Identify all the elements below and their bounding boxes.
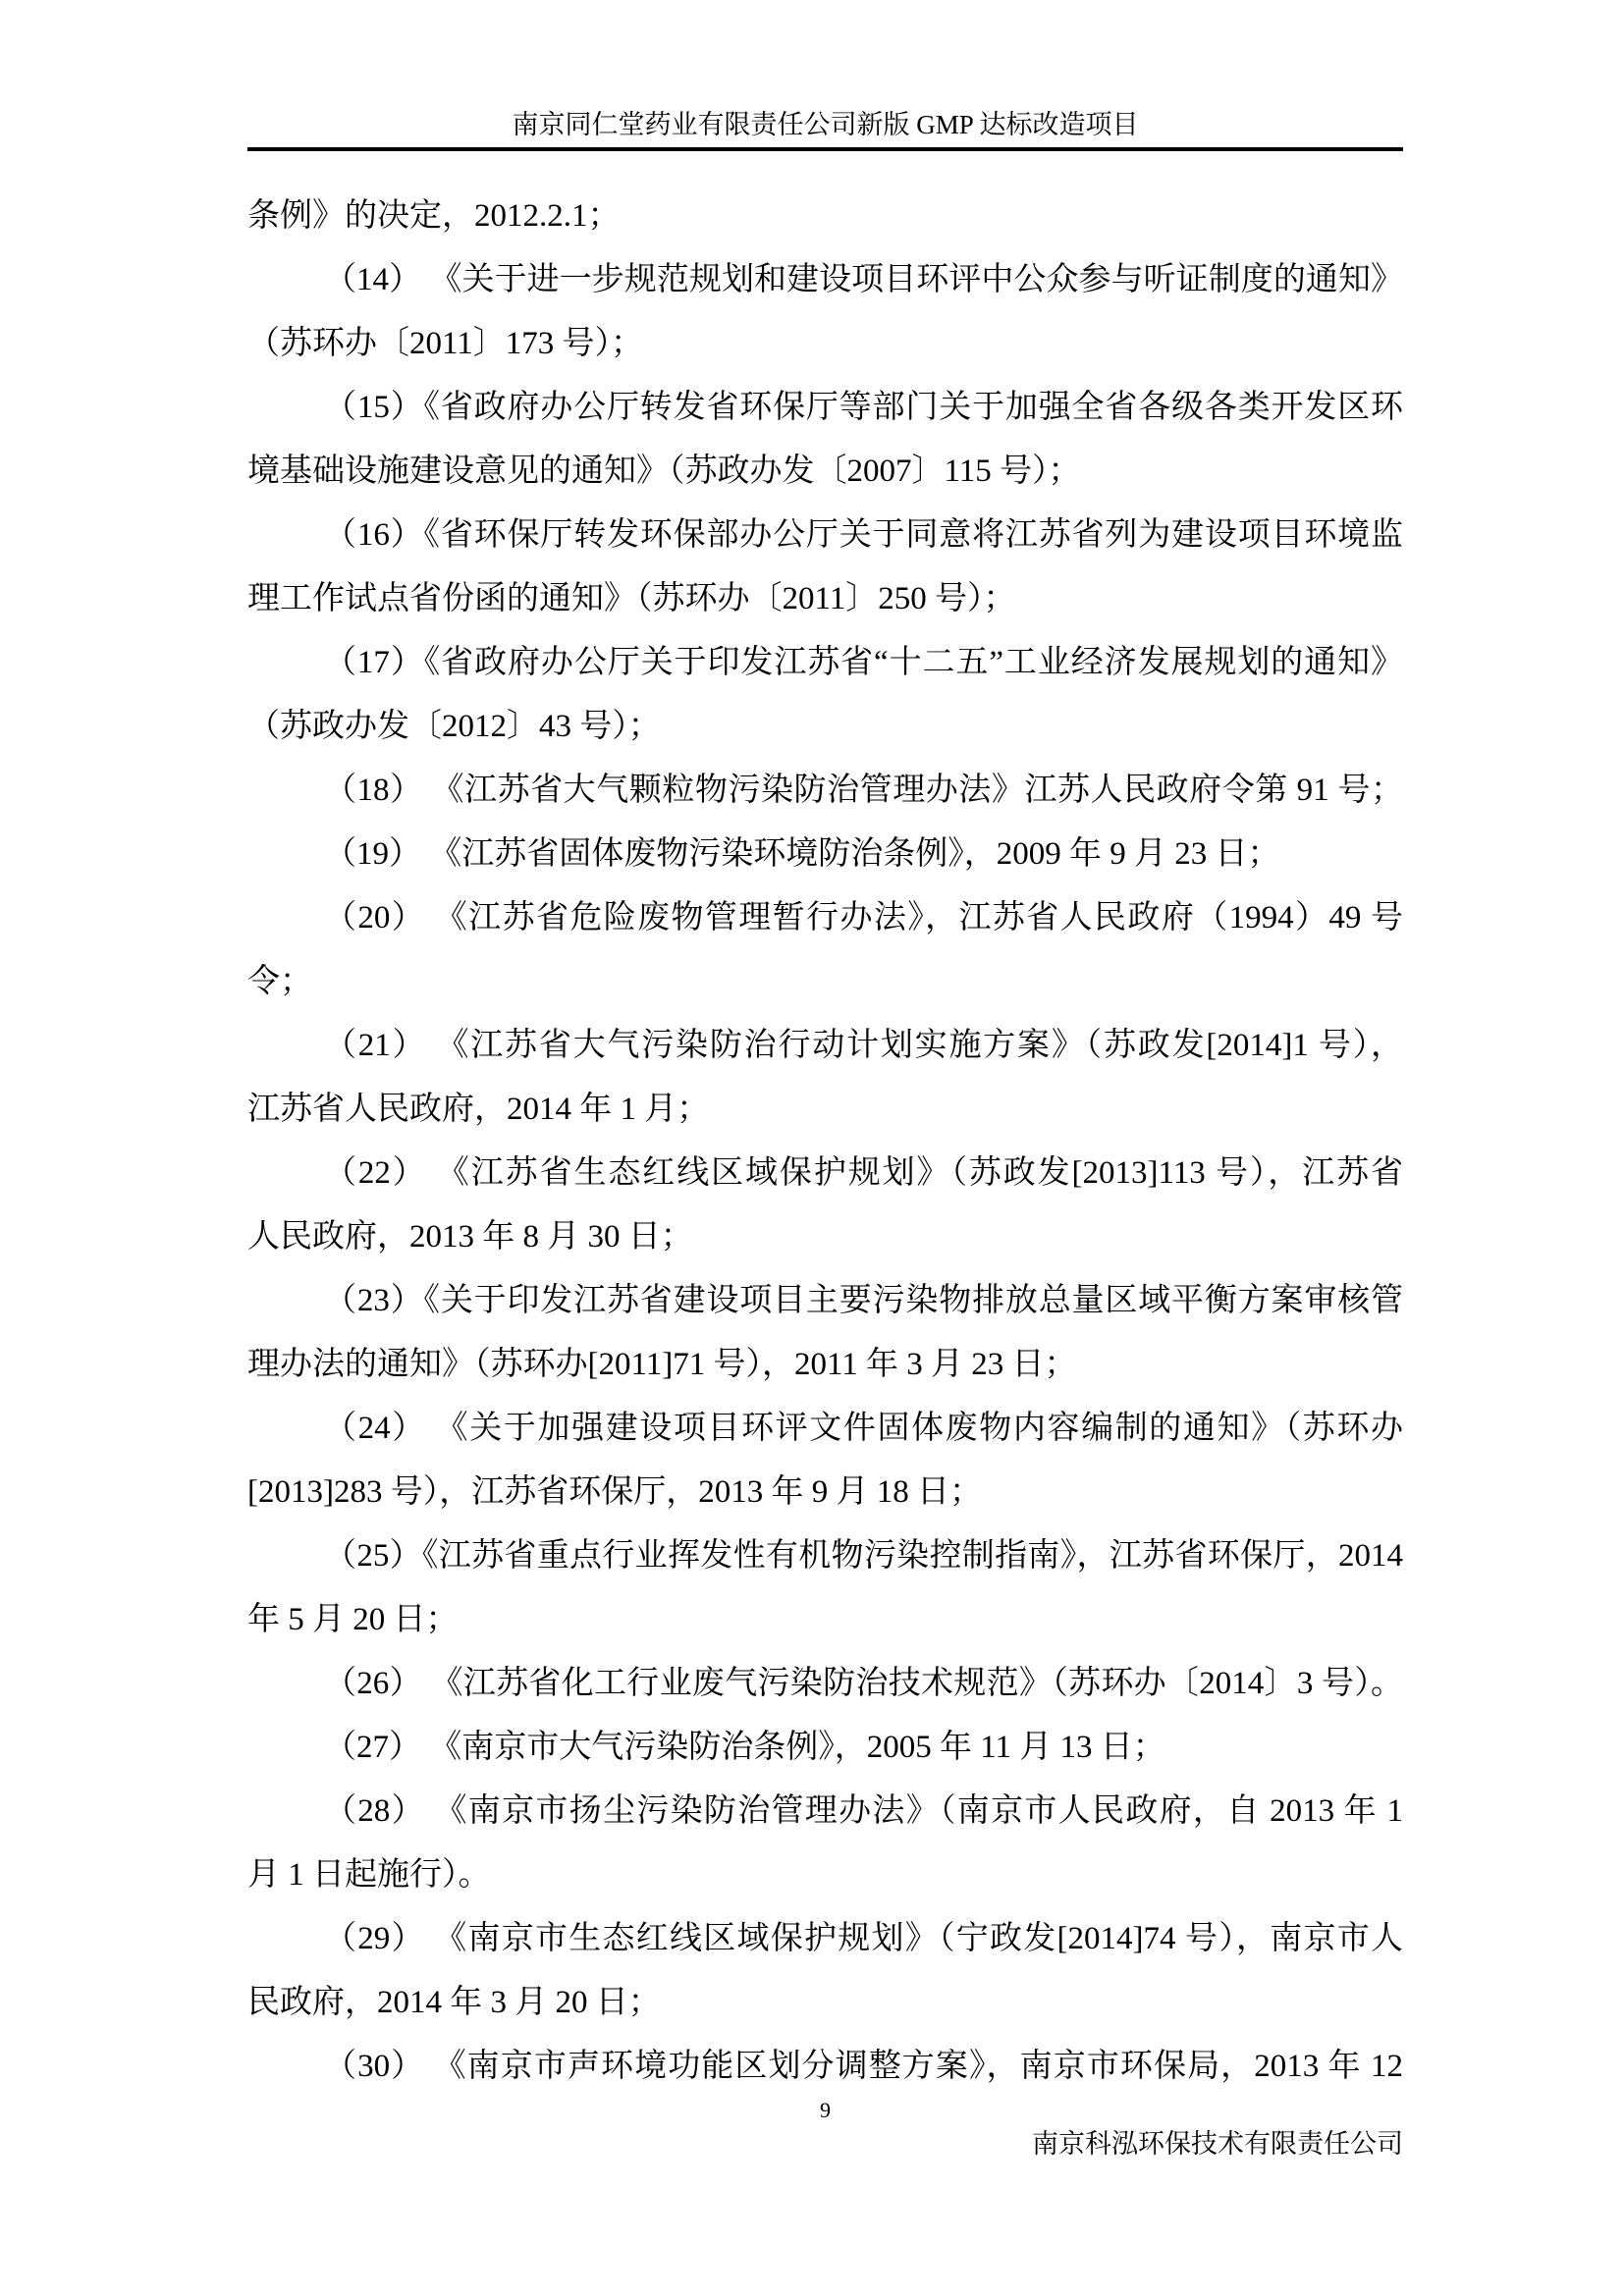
body-line: （23）《关于印发江苏省建设项目主要污染物排放总量区域平衡方案审核管	[247, 1269, 1403, 1333]
footer-company: 南京科泓环保技术有限责任公司	[247, 2126, 1403, 2162]
body-line: 境基础设施建设意见的通知》（苏政办发〔2007〕115 号）；	[247, 440, 1403, 504]
body-line: （25）《江苏省重点行业挥发性有机物污染控制指南》，江苏省环保厅，2014	[247, 1524, 1403, 1588]
header-title: 南京同仁堂药业有限责任公司新版 GMP 达标改造项目	[247, 106, 1403, 143]
body-line: 令；	[247, 950, 1403, 1014]
body-line: （14） 《关于进一步规范规划和建设项目环评中公众参与听证制度的通知》	[247, 248, 1403, 312]
body-line: （苏环办〔2011〕173 号）；	[247, 312, 1403, 376]
body-line: （26） 《江苏省化工行业废气污染防治技术规范》（苏环办〔2014〕3 号）。	[247, 1652, 1403, 1716]
body-line: （20） 《江苏省危险废物管理暂行办法》，江苏省人民政府（1994）49 号	[247, 886, 1403, 950]
body-line: （22） 《江苏省生态红线区域保护规划》（苏政发[2013]113 号），江苏省	[247, 1142, 1403, 1205]
page-number: 9	[247, 2097, 1403, 2124]
body-line: 月 1 日起施行）。	[247, 1843, 1403, 1907]
body-line: 民政府，2014 年 3 月 20 日；	[247, 1971, 1403, 2035]
document-page: 南京同仁堂药业有限责任公司新版 GMP 达标改造项目 条例》的决定，2012.2…	[0, 0, 1624, 2296]
body-line: （24） 《关于加强建设项目环评文件固体废物内容编制的通知》（苏环办	[247, 1397, 1403, 1461]
body-line: （17）《省政府办公厅关于印发江苏省“十二五”工业经济发展规划的通知》	[247, 631, 1403, 695]
body-line: 江苏省人民政府，2014 年 1 月；	[247, 1078, 1403, 1142]
body-line: 理办法的通知》（苏环办[2011]71 号），2011 年 3 月 23 日；	[247, 1333, 1403, 1397]
body-line: 人民政府，2013 年 8 月 30 日；	[247, 1205, 1403, 1269]
body-line: （28） 《南京市扬尘污染防治管理办法》（南京市人民政府，自 2013 年 1	[247, 1780, 1403, 1843]
body-line: （15）《省政府办公厅转发省环保厅等部门关于加强全省各级各类开发区环	[247, 376, 1403, 440]
header-rule	[247, 147, 1403, 151]
body-line: （29） 《南京市生态红线区域保护规划》（宁政发[2014]74 号），南京市人	[247, 1907, 1403, 1971]
page-header: 南京同仁堂药业有限责任公司新版 GMP 达标改造项目	[247, 106, 1403, 151]
body-line: 理工作试点省份函的通知》（苏环办〔2011〕250 号）；	[247, 567, 1403, 631]
body-line: （18） 《江苏省大气颗粒物污染防治管理办法》江苏人民政府令第 91 号；	[247, 759, 1403, 823]
body-line: （苏政办发〔2012〕43 号）；	[247, 695, 1403, 759]
body-line: [2013]283 号），江苏省环保厅，2013 年 9 月 18 日；	[247, 1461, 1403, 1524]
document-body: 条例》的决定，2012.2.1； （14） 《关于进一步规范规划和建设项目环评中…	[247, 185, 1403, 2099]
body-line: 年 5 月 20 日；	[247, 1588, 1403, 1652]
body-line: （19） 《江苏省固体废物污染环境防治条例》，2009 年 9 月 23 日；	[247, 823, 1403, 886]
body-line: （27） 《南京市大气污染防治条例》，2005 年 11 月 13 日；	[247, 1716, 1403, 1780]
body-line: 条例》的决定，2012.2.1；	[247, 185, 1403, 248]
body-line: （16）《省环保厅转发环保部办公厅关于同意将江苏省列为建设项目环境监	[247, 504, 1403, 567]
body-line: （30） 《南京市声环境功能区划分调整方案》，南京市环保局，2013 年 12	[247, 2035, 1403, 2099]
body-line: （21） 《江苏省大气污染防治行动计划实施方案》（苏政发[2014]1 号），	[247, 1014, 1403, 1078]
